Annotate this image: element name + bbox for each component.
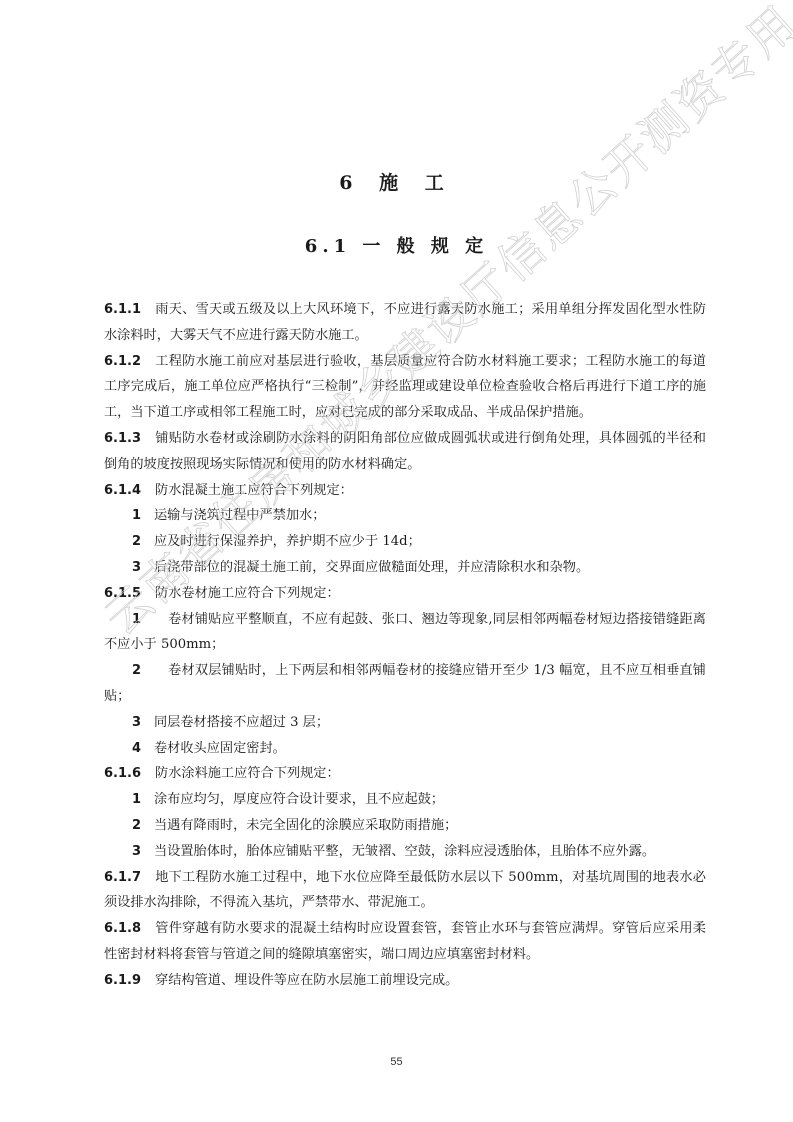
list-item: 1涂布应均匀，厚度应符合设计要求，且不应起鼓； xyxy=(104,787,706,813)
item-text: 卷材铺贴应平整顺直，不应有起鼓、张口、翘边等现象,同层相邻两幅卷材短边搭接错缝距… xyxy=(104,612,706,653)
clause-6-1-9: 6.1.9穿结构管道、埋设件等应在防水层施工前埋设完成。 xyxy=(104,968,706,994)
item-number: 2 xyxy=(132,813,154,839)
item-text: 应及时进行保湿养护，养护期不应少于 14d； xyxy=(154,534,421,549)
clause-text: 地下工程防水施工过程中，地下水位应降至最低防水层以下 500mm，对基坑周围的地… xyxy=(104,870,706,911)
list-item: 1运输与浇筑过程中严禁加水； xyxy=(104,503,706,529)
clause-text: 防水混凝土施工应符合下列规定： xyxy=(155,483,353,498)
list-item: 2卷材双层铺贴时，上下两层和相邻两幅卷材的接缝应错开至少 1/3 幅宽，且不应互… xyxy=(104,658,706,710)
clause-text: 铺贴防水卷材或涂刷防水涂料的阴阳角部位应做成圆弧状或进行倒角处理，具体圆弧的半径… xyxy=(104,431,706,472)
clause-6-1-8: 6.1.8管件穿越有防水要求的混凝土结构时应设置套管，套管止水环与套管应满焊。穿… xyxy=(104,916,706,968)
clause-number: 6.1.4 xyxy=(104,483,141,498)
clause-6-1-3: 6.1.3铺贴防水卷材或涂刷防水涂料的阴阳角部位应做成圆弧状或进行倒角处理，具体… xyxy=(104,426,706,478)
item-text: 当设置胎体时，胎体应铺贴平整，无皱褶、空鼓，涂料应浸透胎体，且胎体不应外露。 xyxy=(154,844,655,859)
item-text: 卷材双层铺贴时，上下两层和相邻两幅卷材的接缝应错开至少 1/3 幅宽，且不应互相… xyxy=(104,663,706,704)
item-text: 运输与浇筑过程中严禁加水； xyxy=(154,508,325,523)
item-text: 同层卷材搭接不应超过 3 层； xyxy=(154,715,329,730)
clause-number: 6.1.3 xyxy=(104,431,141,446)
clause-text: 防水涂料施工应符合下列规定： xyxy=(155,766,340,781)
item-number: 3 xyxy=(132,555,154,581)
clause-6-1-1: 6.1.1雨天、雪天或五级及以上大风环境下，不应进行露天防水施工；采用单组分挥发… xyxy=(104,297,706,349)
item-number: 3 xyxy=(132,710,154,736)
clause-6-1-6: 6.1.6防水涂料施工应符合下列规定： xyxy=(104,761,706,787)
list-item: 3同层卷材搭接不应超过 3 层； xyxy=(104,710,706,736)
document-page: 6 施 工 6.1 一 般 规 定 6.1.1雨天、雪天或五级及以上大风环境下，… xyxy=(0,0,793,1122)
clause-number: 6.1.5 xyxy=(104,586,141,601)
clause-text: 穿结构管道、埋设件等应在防水层施工前埋设完成。 xyxy=(155,973,458,988)
list-item: 4卷材收头应固定密封。 xyxy=(104,736,706,762)
list-item: 1卷材铺贴应平整顺直，不应有起鼓、张口、翘边等现象,同层相邻两幅卷材短边搭接错缝… xyxy=(104,607,706,659)
item-text: 后浇带部位的混凝土施工前，交界面应做糙面处理，并应清除积水和杂物。 xyxy=(154,560,589,575)
item-number: 1 xyxy=(132,607,168,633)
page-number: 55 xyxy=(0,1056,793,1068)
item-number: 2 xyxy=(132,658,168,684)
clause-6-1-5: 6.1.5防水卷材施工应符合下列规定： xyxy=(104,581,706,607)
clause-6-1-7: 6.1.7地下工程防水施工过程中，地下水位应降至最低防水层以下 500mm，对基… xyxy=(104,865,706,917)
clause-number: 6.1.7 xyxy=(104,870,141,885)
clause-text: 工程防水施工前应对基层进行验收，基层质量应符合防水材料施工要求；工程防水施工的每… xyxy=(104,354,706,421)
clause-text: 管件穿越有防水要求的混凝土结构时应设置套管，套管止水环与套管应满焊。穿管后应采用… xyxy=(104,921,706,962)
clause-number: 6.1.9 xyxy=(104,973,141,988)
clause-number: 6.1.8 xyxy=(104,921,141,936)
clause-number: 6.1.2 xyxy=(104,354,141,369)
chapter-title: 6 施 工 xyxy=(0,168,793,195)
item-number: 4 xyxy=(132,736,154,762)
list-item: 2当遇有降雨时，未完全固化的涂膜应采取防雨措施； xyxy=(104,813,706,839)
clause-text: 防水卷材施工应符合下列规定： xyxy=(155,586,340,601)
item-number: 3 xyxy=(132,839,154,865)
clause-6-1-2: 6.1.2工程防水施工前应对基层进行验收，基层质量应符合防水材料施工要求；工程防… xyxy=(104,349,706,426)
clause-number: 6.1.6 xyxy=(104,766,141,781)
item-text: 当遇有降雨时，未完全固化的涂膜应采取防雨措施； xyxy=(154,818,457,833)
document-body: 6.1.1雨天、雪天或五级及以上大风环境下，不应进行露天防水施工；采用单组分挥发… xyxy=(104,297,706,994)
item-text: 涂布应均匀，厚度应符合设计要求，且不应起鼓； xyxy=(154,792,444,807)
list-item: 2应及时进行保湿养护，养护期不应少于 14d； xyxy=(104,529,706,555)
item-number: 1 xyxy=(132,503,154,529)
item-number: 2 xyxy=(132,529,154,555)
section-title: 6.1 一 般 规 定 xyxy=(0,232,793,258)
list-item: 3当设置胎体时，胎体应铺贴平整，无皱褶、空鼓，涂料应浸透胎体，且胎体不应外露。 xyxy=(104,839,706,865)
clause-text: 雨天、雪天或五级及以上大风环境下，不应进行露天防水施工；采用单组分挥发固化型水性… xyxy=(104,302,706,343)
item-number: 1 xyxy=(132,787,154,813)
list-item: 3后浇带部位的混凝土施工前，交界面应做糙面处理，并应清除积水和杂物。 xyxy=(104,555,706,581)
clause-number: 6.1.1 xyxy=(104,302,141,317)
clause-6-1-4: 6.1.4防水混凝土施工应符合下列规定： xyxy=(104,478,706,504)
item-text: 卷材收头应固定密封。 xyxy=(154,741,286,756)
